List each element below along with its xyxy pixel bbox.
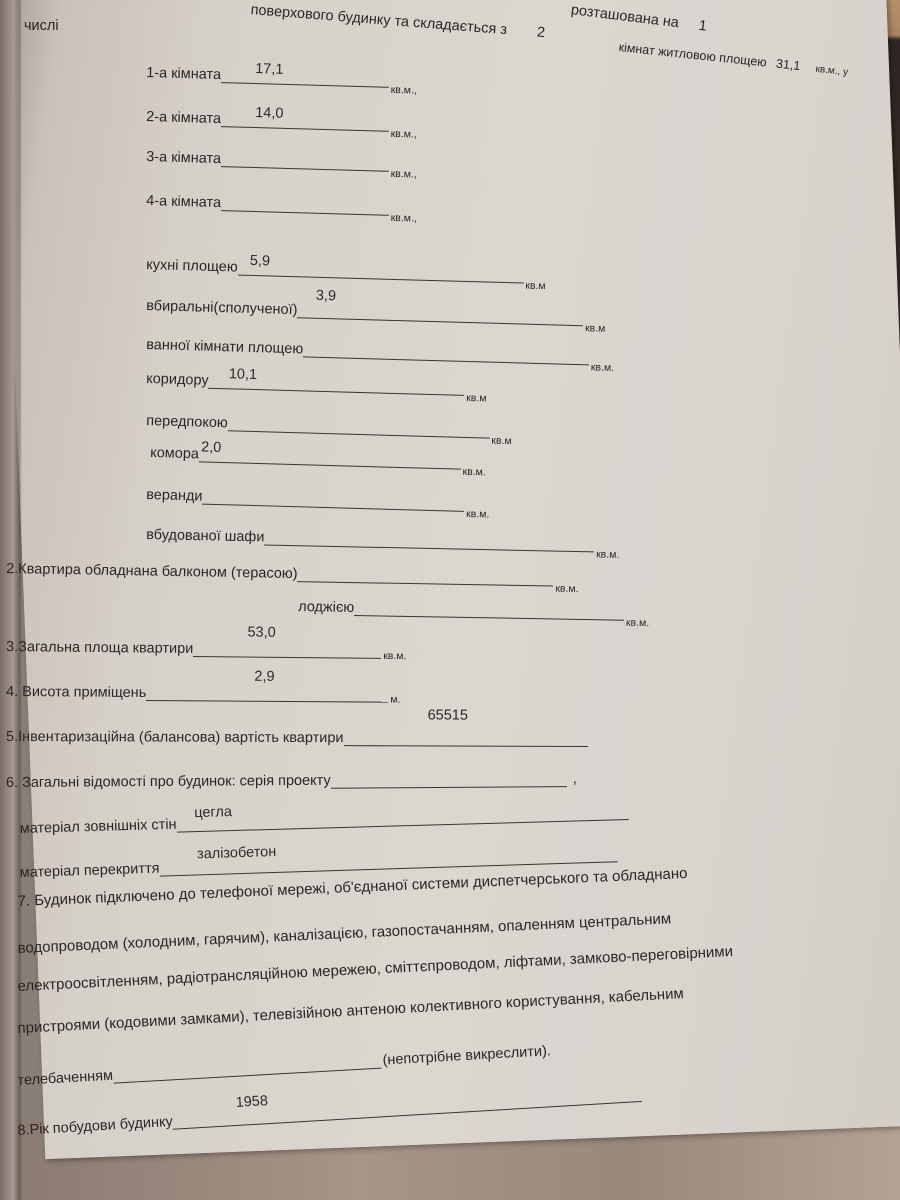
area-row-veranda: верандикв.м. bbox=[146, 484, 490, 513]
ceiling-height-value: 2,9 bbox=[254, 669, 274, 685]
area-label: коридору bbox=[146, 371, 209, 389]
loggia-field[interactable] bbox=[354, 597, 624, 621]
header-location: розташована на 1 bbox=[570, 2, 708, 35]
unit-label: кв.м bbox=[585, 322, 606, 335]
construction-year-label: 8.Рік побудови будинку bbox=[17, 1114, 173, 1139]
unit-label: кв.м. bbox=[466, 508, 490, 521]
ceiling-height-label: 4. Висота приміщень bbox=[6, 684, 146, 701]
inventory-value-row: 5.Інвентаризаційна (балансова) вартість … bbox=[6, 726, 588, 747]
area-label: кухні площею bbox=[146, 257, 238, 276]
area-row-hallway: передпокоюкв.м bbox=[146, 410, 512, 439]
wall-material-value: цегла bbox=[194, 804, 232, 821]
room-label: 2-а кімната bbox=[146, 109, 221, 127]
wall-material-field[interactable]: цегла bbox=[176, 801, 628, 833]
loggia-row: лоджієюкв.м. bbox=[298, 596, 650, 621]
room-field[interactable] bbox=[221, 148, 389, 172]
loggia-label: лоджією bbox=[298, 599, 354, 616]
unit-label: кв.м bbox=[466, 392, 487, 405]
room-field[interactable]: 17,1 bbox=[221, 64, 389, 88]
building-label: поверхового будинку та складається з bbox=[250, 2, 508, 38]
area-field[interactable]: 2,0 bbox=[199, 443, 461, 469]
wall-material-row: матеріал зовнішніх стінцегла bbox=[19, 801, 628, 837]
room-label: 4-а кімната bbox=[146, 193, 221, 211]
header-building: поверхового будинку та складається з 2 bbox=[250, 2, 546, 41]
inventory-value-label: 5.Інвентаризаційна (балансова) вартість … bbox=[6, 729, 344, 746]
living-area-label: кімнат житловою площею bbox=[618, 40, 767, 69]
including-label: числі bbox=[24, 18, 59, 34]
cable-tv-label: телебаченням bbox=[17, 1068, 113, 1089]
unit-label: кв.м., bbox=[391, 84, 417, 97]
area-label: вбиральні(сполученої) bbox=[146, 298, 298, 318]
room-row-4: 4-а кімнатакв.м., bbox=[146, 190, 417, 217]
area-row-wardrobe: вбудованої шафикв.м. bbox=[146, 524, 620, 553]
header-including: числі bbox=[24, 18, 59, 34]
room-field[interactable] bbox=[221, 192, 389, 216]
room-field[interactable]: 14,0 bbox=[221, 108, 389, 132]
strike-out-note: (непотрібне викреслити). bbox=[382, 1043, 551, 1068]
cable-tv-row: телебаченням(непотрібне викреслити). bbox=[17, 1040, 551, 1089]
total-area-value: 53,0 bbox=[247, 625, 275, 641]
unit-label: кв.м bbox=[491, 435, 512, 448]
area-row-toilet: вбиральні(сполученої)3,9кв.м bbox=[146, 295, 606, 327]
area-field[interactable] bbox=[264, 526, 594, 552]
room-row-3: 3-а кімнатакв.м., bbox=[146, 146, 417, 173]
floor-material-label: матеріал перекриття bbox=[19, 861, 159, 881]
area-field[interactable]: 10,1 bbox=[208, 370, 464, 396]
room-row-2: 2-а кімната14,0кв.м., bbox=[146, 106, 417, 133]
unit-label: м. bbox=[390, 694, 400, 706]
total-area-label: 3.Загальна площа квартири bbox=[6, 639, 193, 657]
area-label: вбудованої шафи bbox=[146, 527, 265, 545]
area-value: 5,9 bbox=[250, 253, 271, 270]
total-area-field[interactable]: 53,0 bbox=[193, 638, 381, 659]
room-value: 17,1 bbox=[255, 61, 284, 78]
construction-year-row: 8.Рік побудови будинку1958 bbox=[17, 1083, 642, 1139]
room-value: 14,0 bbox=[255, 105, 284, 122]
utilities-line-4: пристроями (кодовими замками), телевізій… bbox=[17, 985, 684, 1037]
living-area-unit: кв.м., у bbox=[815, 64, 849, 78]
unit-label: кв.м., bbox=[391, 168, 417, 181]
balcony-row: 2.Квартира обладнана балконом (терасою)к… bbox=[6, 558, 579, 587]
area-field[interactable]: 5,9 bbox=[237, 257, 523, 284]
area-field[interactable] bbox=[228, 412, 490, 438]
area-label: передпокою bbox=[146, 413, 228, 431]
living-area-value: 31,1 bbox=[775, 57, 801, 73]
area-row-storage: комора2,0кв.м. bbox=[150, 442, 486, 470]
project-series-row: 6. Загальні відомості про будинок: серія… bbox=[6, 768, 577, 791]
located-on-label: розташована на bbox=[570, 2, 680, 31]
header-living-area: кімнат житловою площею 31,1 кв.м., у bbox=[618, 40, 849, 78]
ceiling-height-row: 4. Висота приміщень2,9м. bbox=[6, 681, 400, 703]
balcony-label: 2.Квартира обладнана балконом (терасою) bbox=[6, 561, 298, 582]
unit-label: кв.м. bbox=[596, 548, 619, 560]
inventory-value: 65515 bbox=[428, 707, 468, 723]
unit-label: кв.м. bbox=[383, 650, 406, 662]
floors-value: 1 bbox=[698, 18, 708, 35]
form-content: розташована на 1 поверхового будинку та … bbox=[0, 0, 900, 1200]
area-field[interactable] bbox=[202, 486, 464, 512]
area-value: 10,1 bbox=[229, 366, 258, 383]
floor-material-value: залізобетон bbox=[197, 844, 277, 862]
area-label: веранди bbox=[146, 487, 203, 505]
unit-label: кв.м. bbox=[626, 617, 649, 629]
area-label: комора bbox=[150, 445, 199, 462]
balcony-field[interactable] bbox=[297, 563, 553, 586]
unit-label: кв.м., bbox=[391, 128, 417, 141]
unit-label: кв.м. bbox=[462, 466, 486, 479]
comma: , bbox=[573, 771, 577, 787]
area-value: 3,9 bbox=[316, 288, 337, 305]
area-field[interactable]: 3,9 bbox=[297, 299, 583, 326]
inventory-value-field[interactable]: 65515 bbox=[344, 727, 588, 747]
area-value: 2,0 bbox=[201, 439, 222, 456]
unit-label: кв.м. bbox=[591, 361, 615, 374]
unit-label: кв.м., bbox=[391, 212, 417, 225]
project-series-label: 6. Загальні відомості про будинок: серія… bbox=[6, 773, 331, 791]
rooms-count-value: 2 bbox=[536, 25, 545, 42]
area-field[interactable] bbox=[303, 338, 589, 365]
unit-label: кв.м. bbox=[555, 583, 578, 595]
cable-tv-field[interactable] bbox=[112, 1050, 381, 1084]
construction-year-value: 1958 bbox=[235, 1093, 268, 1111]
project-series-field[interactable] bbox=[331, 768, 567, 789]
area-row-bathroom: ванної кімнати площеюкв.м. bbox=[146, 334, 615, 366]
ceiling-height-field[interactable]: 2,9 bbox=[146, 682, 388, 703]
total-area-row: 3.Загальна площа квартири53,0кв.м. bbox=[6, 636, 407, 659]
area-label: ванної кімнати площею bbox=[146, 337, 303, 357]
room-label: 1-а кімната bbox=[146, 65, 221, 83]
room-row-1: 1-а кімната17,1кв.м., bbox=[146, 62, 417, 89]
room-label: 3-а кімната bbox=[146, 149, 221, 167]
wall-material-label: матеріал зовнішніх стін bbox=[20, 817, 177, 837]
area-row-corridor: коридору10,1кв.м bbox=[146, 368, 487, 397]
unit-label: кв.м bbox=[525, 280, 546, 293]
construction-year-field[interactable]: 1958 bbox=[172, 1083, 642, 1130]
area-row-kitchen: кухні площею5,9кв.м bbox=[146, 254, 546, 284]
